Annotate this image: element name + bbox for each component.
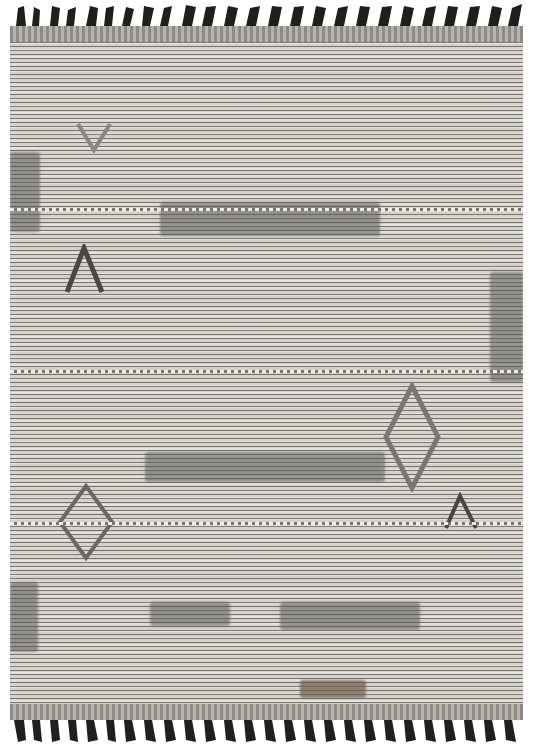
dark-patch <box>10 582 38 652</box>
diamond-motif <box>74 120 114 160</box>
stitch-line <box>10 522 523 525</box>
dark-patch <box>280 602 420 630</box>
dark-patch <box>10 152 40 232</box>
rug-photo <box>0 0 533 746</box>
stitch-line <box>10 208 523 211</box>
diamond-motif <box>382 382 442 492</box>
rust-patch <box>300 680 366 698</box>
stitch-line <box>10 370 523 373</box>
dark-patch <box>145 452 385 482</box>
top-fringe <box>6 2 528 28</box>
bottom-fringe <box>6 718 528 744</box>
rug-body <box>10 26 523 720</box>
dark-patch <box>150 602 230 626</box>
chevron-motif <box>62 244 112 294</box>
dark-patch <box>490 272 523 382</box>
rug-pile-field <box>10 42 523 704</box>
top-woven-band <box>10 26 523 42</box>
chevron-motif <box>442 492 482 532</box>
